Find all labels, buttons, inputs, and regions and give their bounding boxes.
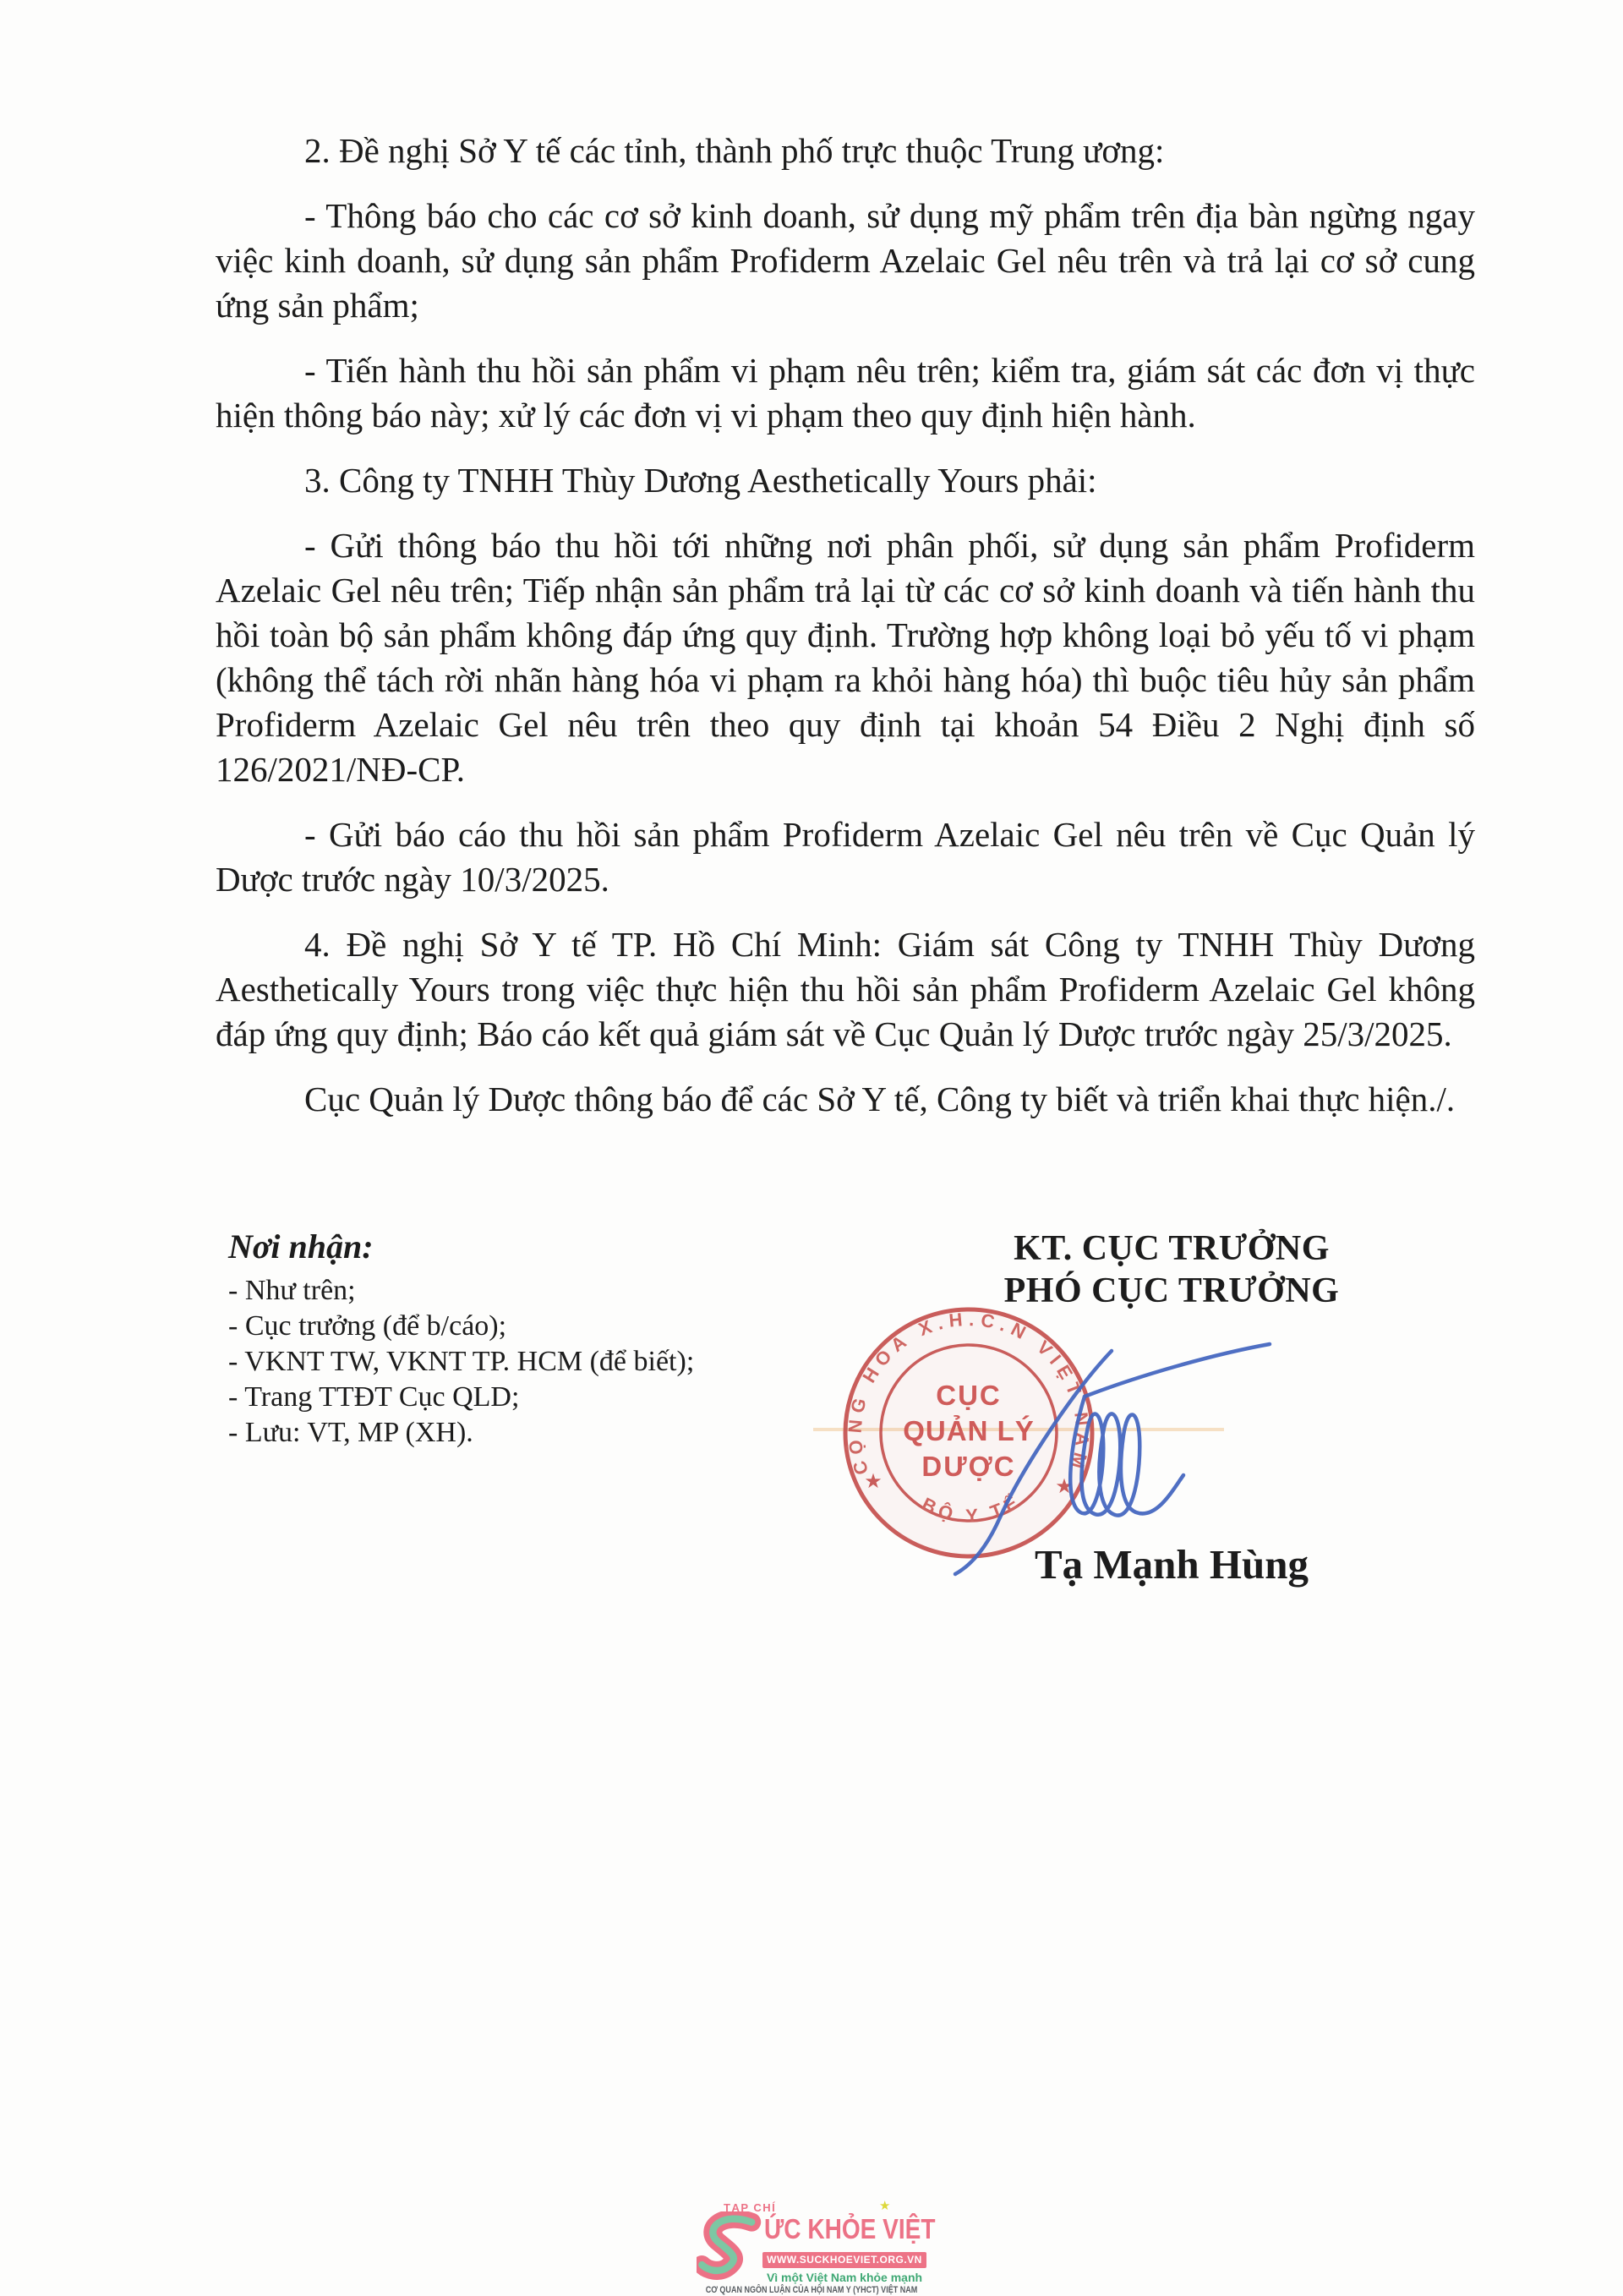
- logo-website-url: WWW.SUCKHOEVIET.ORG.VN: [767, 2254, 922, 2266]
- signer-title-line1: KT. CỤC TRƯỞNG: [960, 1227, 1383, 1270]
- logo-tagline: TẠP CHÍ: [724, 2201, 776, 2214]
- signature-loops-stroke: [1070, 1397, 1183, 1516]
- recipient-item: - Lưu: VT, MP (XH).: [228, 1415, 820, 1451]
- stamp-star-left-icon: ★: [864, 1470, 883, 1493]
- recipient-item: - Cục trưởng (để b/cáo);: [228, 1309, 820, 1344]
- paragraph-gui-bao-cao: - Gửi báo cáo thu hồi sản phẩm Profiderm…: [216, 812, 1475, 902]
- signer-name: Tạ Mạnh Hùng: [960, 1540, 1383, 1588]
- logo-org-line: CƠ QUAN NGÔN LUẬN CỦA HỘI NAM Y (YHCT) V…: [701, 2285, 922, 2295]
- paragraph-gui-thong-bao: - Gửi thông báo thu hồi tới những nơi ph…: [216, 523, 1475, 792]
- logo-s-glyph-icon: [697, 2211, 766, 2281]
- recipients-title: Nơi nhận:: [228, 1227, 820, 1266]
- recipient-item: - Như trên;: [228, 1273, 820, 1309]
- logo-star-icon: ★: [879, 2198, 890, 2213]
- paragraph-4-de-nghi-hcm: 4. Đề nghị Sở Y tế TP. Hồ Chí Minh: Giám…: [216, 922, 1475, 1057]
- paragraph-2-de-nghi-so-y-te: 2. Đề nghị Sở Y tế các tỉnh, thành phố t…: [216, 128, 1475, 173]
- footer-logo: TẠP CHÍ ỨC KHỎE VIỆT ★ WWW.SUCKHOEVIET.O…: [676, 2196, 947, 2296]
- recipient-item: - Trang TTĐT Cục QLD;: [228, 1380, 820, 1415]
- logo-website-bar: WWW.SUCKHOEVIET.ORG.VN: [762, 2252, 926, 2268]
- document-body: 2. Đề nghị Sở Y tế các tỉnh, thành phố t…: [216, 128, 1475, 1142]
- recipient-item: - VKNT TW, VKNT TP. HCM (để biết);: [228, 1344, 820, 1380]
- logo-slogan: Vì một Việt Nam khỏe mạnh: [761, 2271, 928, 2284]
- document-page: 2. Đề nghị Sở Y tế các tỉnh, thành phố t…: [0, 0, 1623, 2296]
- paragraph-thong-bao: - Thông báo cho các cơ sở kinh doanh, sử…: [216, 194, 1475, 328]
- paragraph-3-cong-ty: 3. Công ty TNHH Thùy Dương Aesthetically…: [216, 458, 1475, 503]
- paragraph-ket-luan: Cục Quản lý Dược thông báo để các Sở Y t…: [216, 1077, 1475, 1122]
- recipients-block: Nơi nhận: - Như trên; - Cục trưởng (để b…: [228, 1227, 820, 1451]
- logo-brand-text: ỨC KHỎE VIỆT: [764, 2213, 936, 2245]
- paragraph-tien-hanh-thu-hoi: - Tiến hành thu hồi sản phẩm vi phạm nêu…: [216, 348, 1475, 438]
